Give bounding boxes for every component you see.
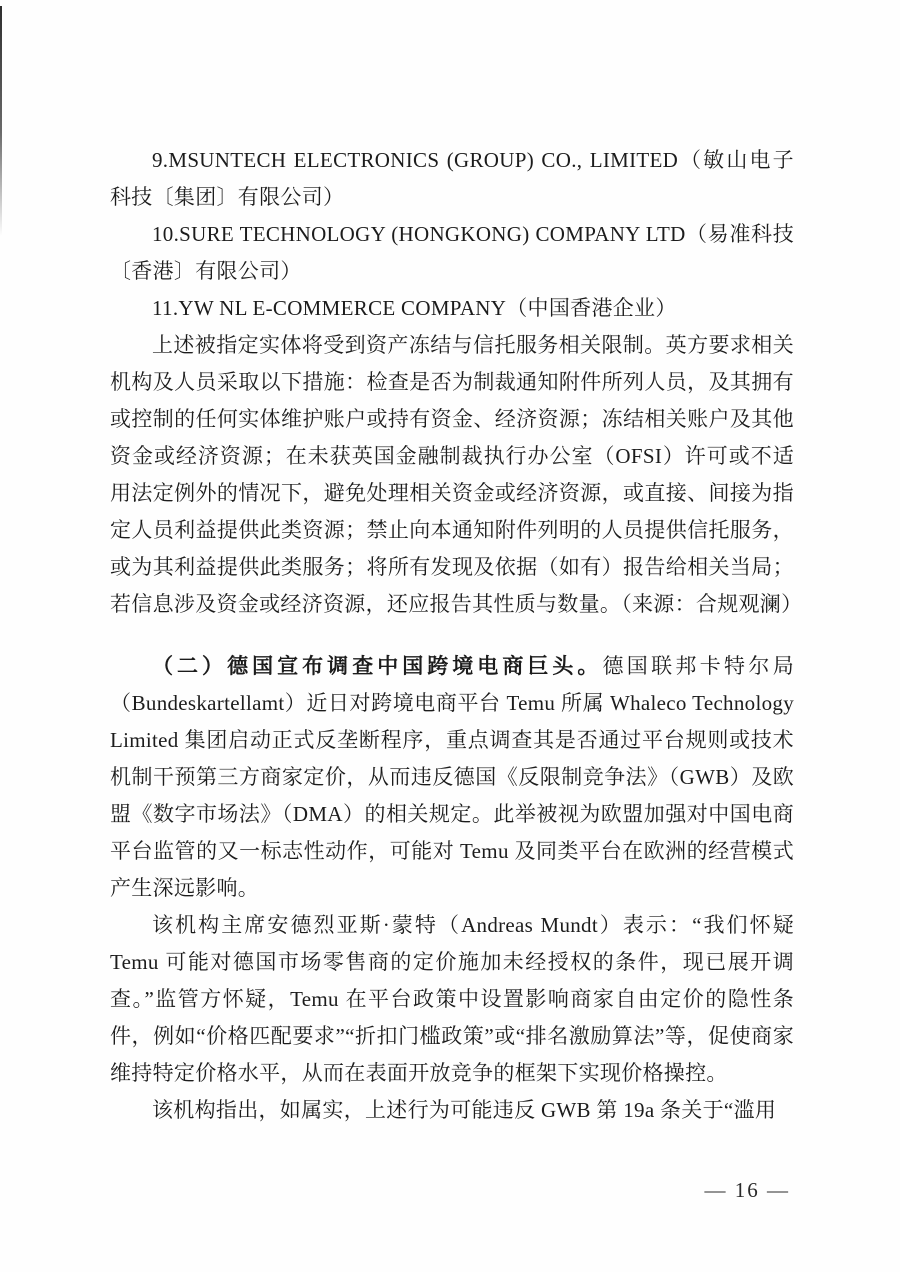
entity-list-item-9: 9.MSUNTECH ELECTRONICS (GROUP) CO., LIMI… [110, 142, 794, 216]
section-2-intro-paragraph: （二）德国宣布调查中国跨境电商巨头。德国联邦卡特尔局（Bundeskartell… [110, 648, 794, 907]
section-2-intro-text: 德国联邦卡特尔局（Bundeskartellamt）近日对跨境电商平台 Temu… [110, 654, 794, 900]
section-2-paragraph-2: 该机构主席安德烈亚斯·蒙特（Andreas Mundt）表示：“我们怀疑 Tem… [110, 907, 794, 1092]
section-2-paragraph-3: 该机构指出，如属实，上述行为可能违反 GWB 第 19a 条关于“滥用 [110, 1092, 794, 1129]
entity-list-item-10: 10.SURE TECHNOLOGY (HONGKONG) COMPANY LT… [110, 216, 794, 290]
scan-edge-artifact [0, 6, 2, 236]
entity-list-item-11: 11.YW NL E-COMMERCE COMPANY（中国香港企业） [110, 290, 794, 327]
document-body: 9.MSUNTECH ELECTRONICS (GROUP) CO., LIMI… [110, 142, 794, 1129]
section-2-heading: （二）德国宣布调查中国跨境电商巨头。 [152, 655, 602, 678]
sanctions-measures-paragraph: 上述被指定实体将受到资产冻结与信托服务相关限制。英方要求相关机构及人员采取以下措… [110, 327, 794, 623]
document-page: 9.MSUNTECH ELECTRONICS (GROUP) CO., LIMI… [0, 0, 900, 1272]
page-number: — 16 — [705, 1178, 791, 1203]
